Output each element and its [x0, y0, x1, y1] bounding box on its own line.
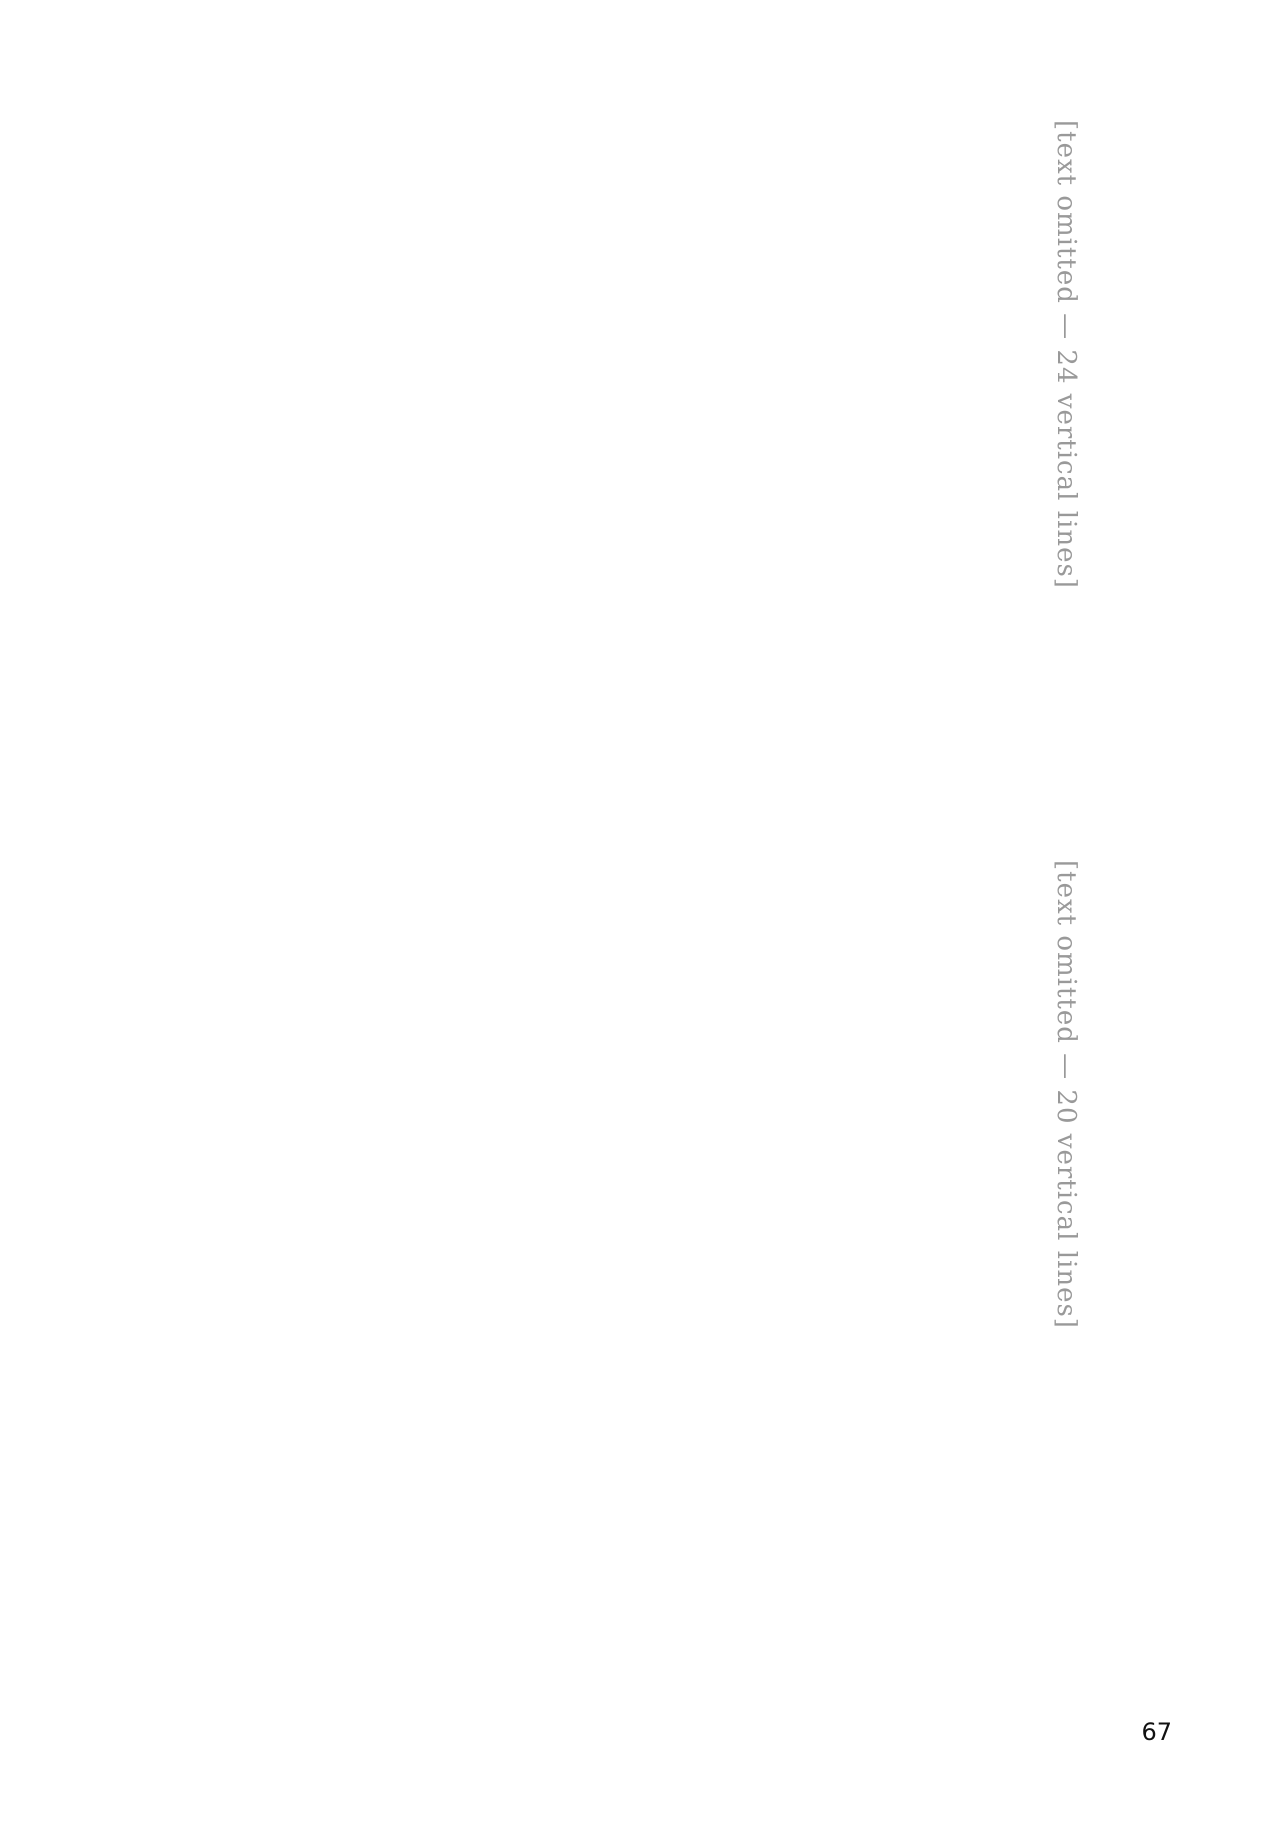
text-placeholder: [text omitted — 24 vertical lines] — [1047, 120, 1085, 820]
text-block-bottom: [text omitted — 20 vertical lines] — [205, 860, 1085, 1560]
text-block-top: [text omitted — 24 vertical lines] — [205, 120, 1085, 820]
page-number: 67 — [1141, 1718, 1172, 1746]
text-placeholder: [text omitted — 20 vertical lines] — [1047, 860, 1085, 1560]
